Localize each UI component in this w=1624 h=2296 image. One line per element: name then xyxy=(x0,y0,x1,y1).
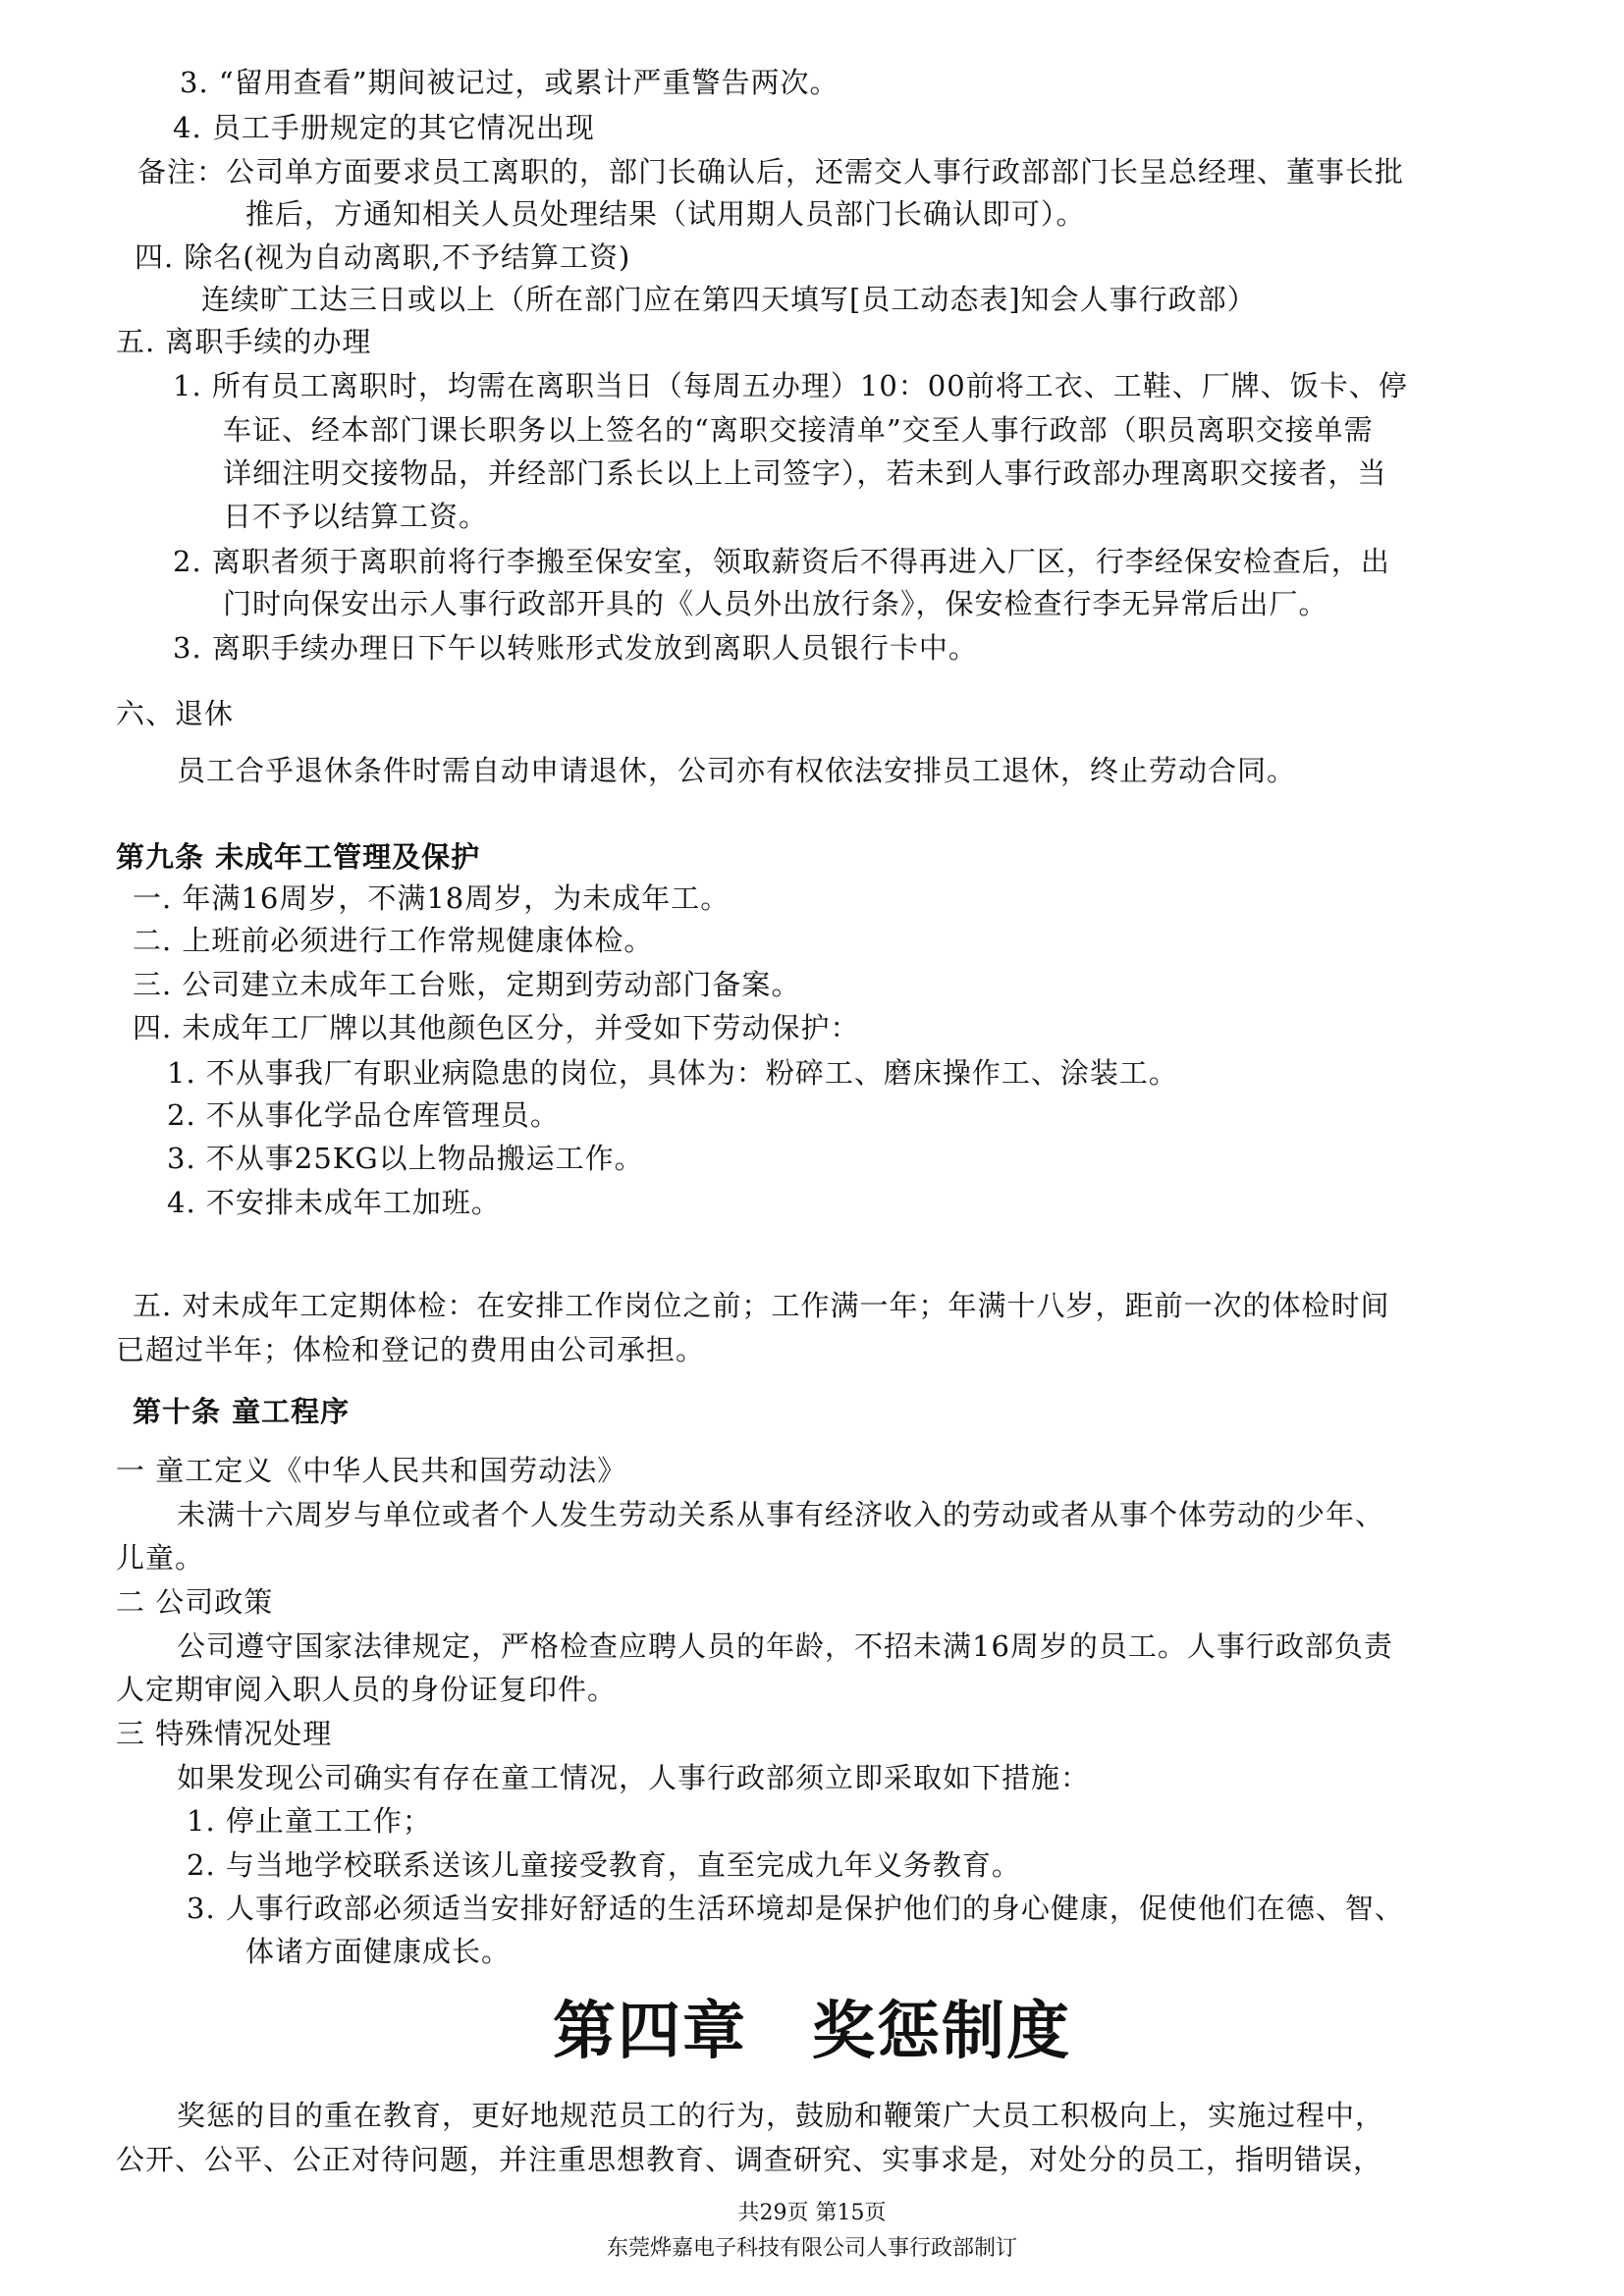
special-case-heading: 三 特殊情况处理 xyxy=(116,1714,332,1753)
company-policy-heading: 二 公司政策 xyxy=(116,1582,273,1622)
measure-item-1: 1. 停止童工工作； xyxy=(187,1801,432,1841)
resign-item-2-cont: 门时向保安出示人事行政部开具的《人员外出放行条》，保安检查行李无异常后出厂。 xyxy=(223,584,1328,623)
section-five-heading: 五. 离职手续的办理 xyxy=(116,322,371,361)
minor-item-1: 一. 年满16周岁，不满18周岁，为未成年工。 xyxy=(133,879,730,918)
child-labor-definition-cont: 儿童。 xyxy=(116,1538,204,1577)
protection-item-4: 4. 不安排未成年工加班。 xyxy=(167,1183,501,1222)
line-item-1: 4. 员工手册规定的其它情况出现 xyxy=(173,108,595,147)
chapter-intro-cont: 公开、公平、公正对待问题，并注重思想教育、调查研究、实事求是，对处分的员工，指明… xyxy=(116,2140,1382,2179)
section-four-body: 连续旷工达三日或以上（所在部门应在第四天填写[员工动态表]知会人事行政部） xyxy=(201,280,1257,319)
article-ten-heading: 第十条 童工程序 xyxy=(133,1392,350,1431)
resign-item-1-cont: 日不予以结算工资。 xyxy=(223,497,488,536)
remark-continuation: 推后，方通知相关人员处理结果（试用期人员部门长确认即可）。 xyxy=(245,194,1086,234)
article-nine-heading: 第九条 未成年工管理及保护 xyxy=(116,837,480,877)
measure-item-2: 2. 与当地学校联系送该儿童接受教育，直至完成九年义务教育。 xyxy=(187,1845,1021,1885)
minor-item-3: 三. 公司建立未成年工台账，定期到劳动部门备案。 xyxy=(133,965,800,1004)
resign-item-1-cont: 详细注明交接物品，并经部门系长以上上司签字），若未到人事行政部办理离职交接者，当 xyxy=(223,454,1387,493)
minor-item-5: 五. 对未成年工定期体检：在安排工作岗位之前；工作满一年；年满十八岁，距前一次的… xyxy=(133,1286,1389,1325)
measure-item-3: 3. 人事行政部必须适当安排好舒适的生活环境却是保护他们的身心健康，促使他们在德… xyxy=(187,1889,1404,1928)
minor-item-5-cont: 已超过半年；体检和登记的费用由公司承担。 xyxy=(116,1330,705,1369)
company-policy-cont: 人定期审阅入职人员的身份证复印件。 xyxy=(116,1670,617,1709)
special-case-body: 如果发现公司确实有存在童工情况，人事行政部须立即采取如下措施： xyxy=(177,1758,1090,1797)
chapter-intro: 奖惩的目的重在教育，更好地规范员工的行为，鼓励和鞭策广大员工积极向上，实施过程中… xyxy=(177,2096,1384,2135)
footer-company: 东莞烨嘉电子科技有限公司人事行政部制订 xyxy=(0,2234,1624,2264)
protection-item-3: 3. 不从事25KG以上物品搬运工作。 xyxy=(167,1139,644,1178)
protection-item-1: 1. 不从事我厂有职业病隐患的岗位，具体为：粉碎工、磨床操作工、涂装工。 xyxy=(167,1053,1178,1093)
remark-line: 备注：公司单方面要求员工离职的，部门长确认后，还需交人事行政部部门长呈总经理、董… xyxy=(137,152,1404,191)
chapter-title: 第四章 奖惩制度 xyxy=(0,1993,1624,2071)
line-item-0: 3. “留用查看”期间被记过，或累计严重警告两次。 xyxy=(180,63,839,102)
minor-item-2: 二. 上班前必须进行工作常规健康体检。 xyxy=(133,921,653,960)
resign-item-1-cont: 车证、经本部门课长职务以上签名的“离职交接清单”交至人事行政部（职员离职交接单需 xyxy=(223,410,1374,450)
resign-item-3: 3. 离职手续办理日下午以转账形式发放到离职人员银行卡中。 xyxy=(173,628,978,667)
child-labor-definition-body: 未满十六周岁与单位或者个人发生劳动关系从事有经济收入的劳动或者从事个体劳动的少年… xyxy=(177,1495,1384,1534)
section-four-heading: 四. 除名(视为自动离职,不予结算工资) xyxy=(135,238,630,277)
company-policy-body: 公司遵守国家法律规定，严格检查应聘人员的年龄，不招未满16周岁的员工。人事行政部… xyxy=(177,1627,1393,1666)
minor-item-4: 四. 未成年工厂牌以其他颜色区分，并受如下劳动保护： xyxy=(133,1008,859,1047)
retirement-body: 员工合乎退休条件时需自动申请退休，公司亦有权依法安排员工退休，终止劳动合同。 xyxy=(177,751,1296,790)
protection-item-2: 2. 不从事化学品仓库管理员。 xyxy=(167,1095,560,1135)
measure-item-3-cont: 体诸方面健康成长。 xyxy=(245,1932,511,1971)
resign-item-2: 2. 离职者须于离职前将行李搬至保安室，领取薪资后不得再进入厂区，行李经保安检查… xyxy=(173,542,1390,581)
page-number: 共29页 第15页 xyxy=(0,2199,1624,2228)
resign-item-1: 1. 所有员工离职时，均需在离职当日（每周五办理）10：00前将工衣、工鞋、厂牌… xyxy=(173,366,1408,405)
section-six-heading: 六、退休 xyxy=(116,694,234,733)
child-labor-definition-heading: 一 童工定义《中华人民共和国劳动法》 xyxy=(116,1451,626,1490)
